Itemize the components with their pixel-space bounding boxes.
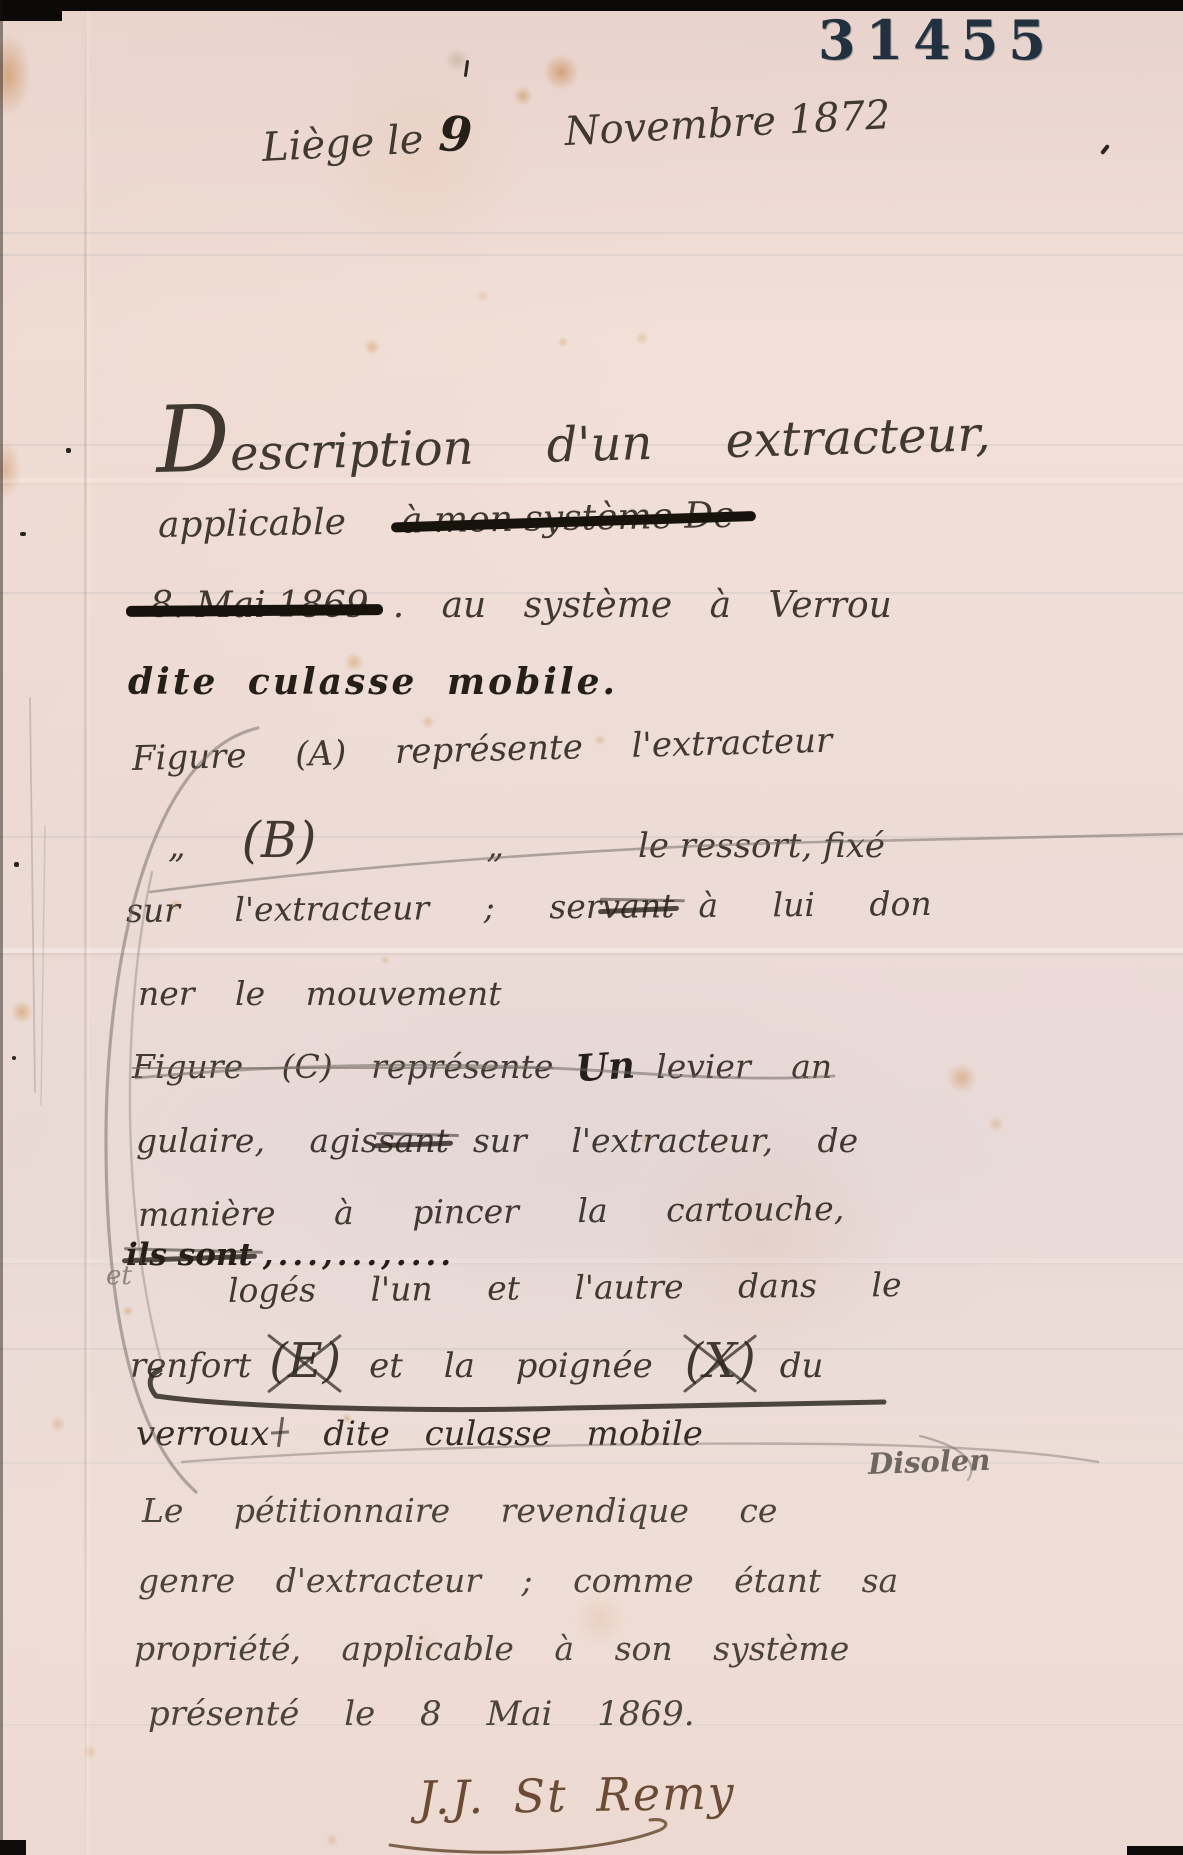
text-segment: sur l'extracteur ; ser: [126, 887, 602, 930]
body-line-loges: logés l'un et l'autre dans le: [228, 1266, 902, 1310]
body-line-gulaire: gulaire, agissantsur l'extracteur, de: [136, 1122, 858, 1160]
ruled-line: [0, 1462, 1183, 1464]
claim-line-1: Le pétitionnaire revendique ce: [142, 1492, 777, 1530]
scan-edge-top: [0, 0, 1183, 11]
body-line-figure-c: Figure (C) représenteUnlevier an: [132, 1048, 832, 1086]
ink-speck: [12, 1056, 16, 1060]
figure-b-label: (B): [242, 811, 317, 869]
body-line-renfort: renfort(E)et la poignée(X)du: [130, 1335, 823, 1390]
pencil-struck-text: Figure (C) représente: [132, 1047, 553, 1086]
scan-edge-bottom-right: [1127, 1846, 1183, 1855]
title-line-2: applicableà mon système De: [158, 495, 735, 546]
text-segment: sur l'extracteur, de: [473, 1121, 858, 1160]
body-line-verroux: verrouxdite culasse mobile: [136, 1415, 703, 1454]
ruled-line: [0, 232, 1183, 234]
body-line-figure-a: Figure (A) représente l'extracteur: [131, 722, 832, 779]
stamp-number: 31455: [818, 8, 1056, 72]
title-line-1: Description d'un extracteur,: [155, 366, 992, 494]
dateline: Liège le9Novembre 1872: [261, 85, 892, 173]
overwritten-word: Un: [575, 1044, 637, 1091]
text-segment: dite culasse mobile: [323, 1414, 702, 1454]
body-line-maniere: manière à pincer la cartouche,: [138, 1190, 845, 1234]
ink-speck: [20, 532, 26, 536]
text-segment: gulaire, agis: [136, 1121, 378, 1160]
text-segment: levier an: [656, 1047, 832, 1086]
scan-edge-left: [0, 0, 3, 1855]
claim-line-2: genre d'extracteur ; comme étant sa: [138, 1562, 898, 1600]
scan-edge-top-left: [0, 0, 62, 21]
text-segment: à lui don: [698, 884, 932, 925]
claim-line-4: présenté le 8 Mai 1869.: [148, 1695, 695, 1734]
crossed-letter-x: (X): [685, 1335, 756, 1390]
body-line-ils-sont: ils sont,...,...,....: [126, 1238, 455, 1274]
body-line-figure-b: „(B)„le ressort, fixé: [168, 812, 885, 869]
ditto-mark: „: [486, 826, 504, 866]
fold-line: [84, 0, 87, 1855]
ink-speck: [66, 448, 71, 453]
crossed-letter-e: (E): [269, 1335, 341, 1390]
scanned-document-page: 31455 Liège le9Novembre 1872 Description…: [0, 0, 1183, 1855]
title-line-2-plain: applicable: [158, 502, 347, 546]
ink-speck: [14, 862, 19, 867]
month-year-text: Novembre 1872: [563, 92, 891, 155]
scribbled-words: ils sont: [126, 1237, 253, 1273]
title-line-3-struck: 8. Mai 1869: [150, 585, 369, 626]
dotted-filler: ,...,...,....: [263, 1237, 455, 1273]
body-line-mouvement: ner le mouvement: [138, 975, 502, 1013]
ink-speck: [1100, 144, 1110, 155]
pencil-cross-mark: [273, 1419, 287, 1445]
title-line-4: dite culasse mobile.: [128, 662, 618, 703]
margin-tick: [41, 826, 45, 1105]
pencil-note-et: et: [106, 1262, 132, 1292]
day-number: 9: [438, 107, 474, 164]
margin-bracket-inner: [130, 872, 162, 1365]
figure-b-text: le ressort, fixé: [638, 826, 885, 866]
text-segment: du: [780, 1346, 824, 1386]
title-line-3-plain: . au système à Verrou: [393, 585, 892, 626]
ditto-mark: „: [168, 826, 186, 866]
text-segment: renfort: [130, 1346, 251, 1386]
body-line-sur-extracteur: sur l'extracteur ; servantà lui don: [126, 885, 932, 930]
struck-word: sant: [378, 1121, 449, 1160]
struck-word: vant: [601, 886, 674, 926]
title-line-2-struck: à mon système De: [401, 495, 735, 542]
margin-tick: [30, 698, 35, 1092]
ink-speck: [464, 60, 469, 77]
signature: J.J. St Remy: [418, 1766, 737, 1824]
pencil-note: Disolen: [867, 1444, 990, 1482]
text-segment: verroux: [136, 1414, 269, 1454]
title-line-3: 8. Mai 1869. au système à Verrou: [150, 585, 892, 626]
claim-line-3: propriété, applicable à son système: [134, 1630, 849, 1668]
scan-edge-bottom-left: [0, 1840, 26, 1855]
place-text: Liège le: [261, 117, 425, 171]
ruled-line: [0, 254, 1183, 256]
paper-crease: [0, 948, 1183, 953]
text-segment: et la poignée: [369, 1346, 653, 1386]
